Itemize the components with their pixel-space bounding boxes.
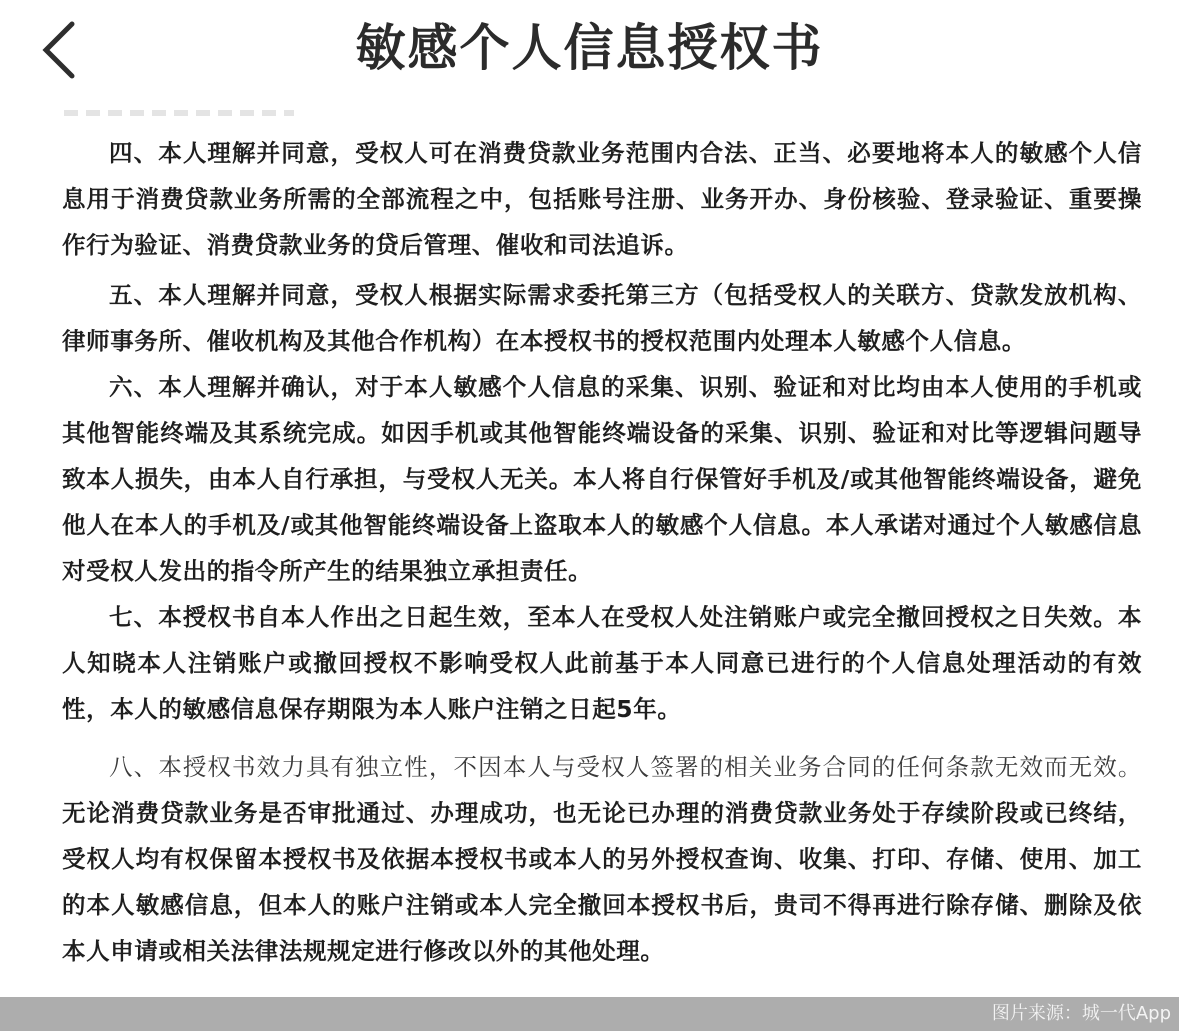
image-source-overlay: 图片来源：城一代App <box>0 997 1179 1031</box>
clause-7: 七、本授权书自本人作出之日起生效，至本人在受权人处注销账户或完全撤回授权之日失效… <box>62 594 1142 732</box>
clause-8-intro: 八、本授权书效力具有独立性，不因本人与受权人签署的相关业务合同的任何条款无效而无… <box>109 753 1142 781</box>
clause-6: 六、本人理解并确认，对于本人敏感个人信息的采集、识别、验证和对比均由本人使用的手… <box>62 364 1142 594</box>
clause-5: 五、本人理解并同意，受权人根据实际需求委托第三方（包括受权人的关联方、贷款发放机… <box>62 272 1142 364</box>
cropped-previous-line <box>64 110 294 116</box>
image-source-caption: 图片来源：城一代App <box>992 1000 1171 1028</box>
nav-bar: 敏感个人信息授权书 <box>0 0 1179 100</box>
page-title: 敏感个人信息授权书 <box>0 16 1179 80</box>
clause-8: 八、本授权书效力具有独立性，不因本人与受权人签署的相关业务合同的任何条款无效而无… <box>62 744 1142 974</box>
document-body: 四、本人理解并同意，受权人可在消费贷款业务范围内合法、正当、必要地将本人的敏感个… <box>62 130 1142 974</box>
clause-4: 四、本人理解并同意，受权人可在消费贷款业务范围内合法、正当、必要地将本人的敏感个… <box>62 130 1142 268</box>
clause-8-body: 无论消费贷款业务是否审批通过、办理成功，也无论已办理的消费贷款业务处于存续阶段或… <box>62 799 1142 965</box>
